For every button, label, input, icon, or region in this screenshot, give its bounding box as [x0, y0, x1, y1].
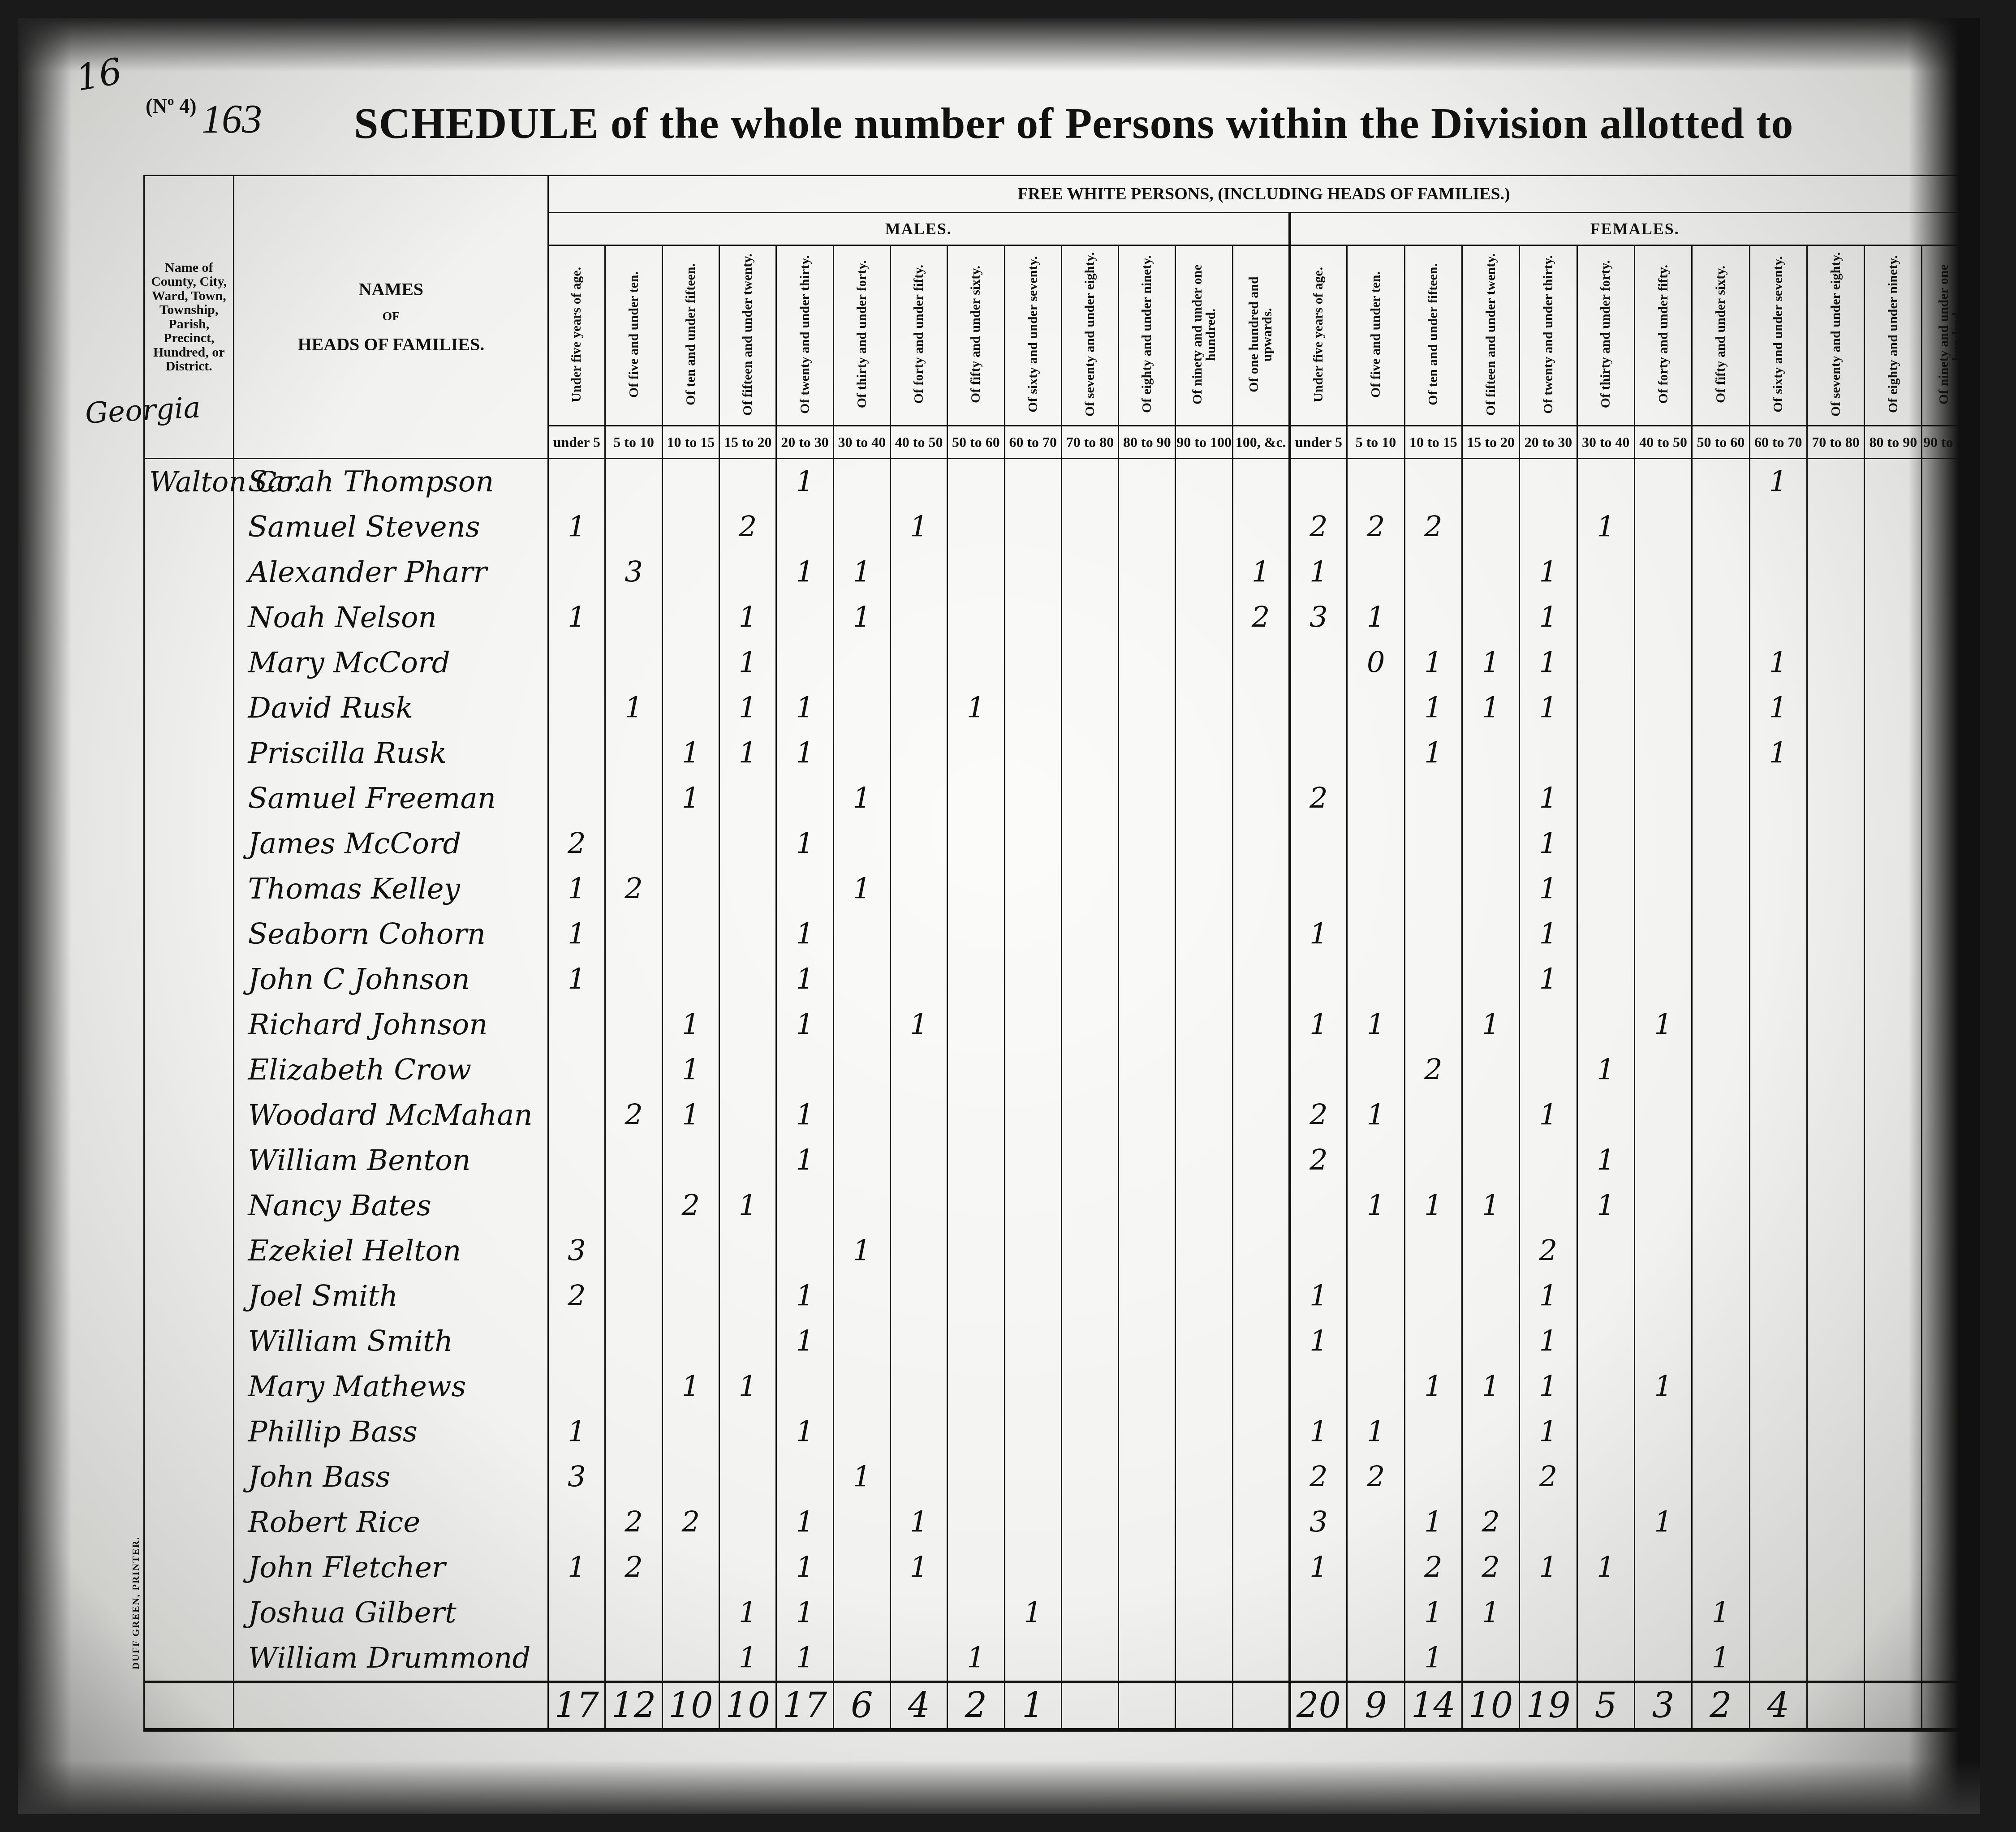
male-count-cell: [719, 1319, 776, 1364]
female-count-cell: [1462, 459, 1519, 505]
female-count-cell: [1749, 1002, 1807, 1047]
female-count-cell: [1634, 1454, 1692, 1500]
male-count-cell: [1004, 776, 1061, 821]
female-total-cell: [1922, 1682, 1980, 1730]
female-count-cell: 1: [1520, 1092, 1577, 1138]
female-count-cell: [1922, 1273, 1980, 1319]
female-count-cell: [1404, 1138, 1462, 1183]
male-count-cell: 1: [776, 1138, 833, 1183]
male-count-cell: [1176, 821, 1232, 866]
female-total-cell: 4: [1749, 1682, 1807, 1730]
county-cell: [144, 866, 234, 912]
male-count-cell: [1119, 1047, 1176, 1092]
male-total-cell: 10: [662, 1682, 719, 1730]
female-count-cell: [1462, 1454, 1519, 1500]
household-row: Robert Rice22113121: [144, 1500, 1980, 1545]
female-count-cell: [1865, 1047, 1922, 1092]
county-cell: [144, 957, 234, 1002]
male-count-cell: [719, 912, 776, 957]
male-count-cell: [662, 1590, 719, 1635]
free-white-persons-band: FREE WHITE PERSONS, (INCLUDING HEADS OF …: [548, 176, 1980, 213]
male-count-cell: [605, 1454, 662, 1500]
female-count-cell: [1807, 1092, 1864, 1138]
female-count-cell: 2: [1404, 504, 1462, 550]
female-count-cell: [1922, 1454, 1980, 1500]
household-row: Alexander Pharr311111: [144, 550, 1980, 595]
male-count-cell: [890, 1590, 947, 1635]
age-description-text: Of sixty and under seventy.: [1026, 256, 1040, 413]
male-age-range: 5 to 10: [605, 426, 662, 459]
females-header: FEMALES.: [1290, 213, 1980, 245]
female-count-cell: 1: [1520, 550, 1577, 595]
female-total-cell: 14: [1404, 1682, 1462, 1730]
age-range-label: 30 to 40: [1582, 434, 1630, 450]
household-row: John Fletcher121112211: [144, 1545, 1980, 1590]
male-count-cell: [1232, 504, 1289, 550]
household-row: William Drummond11111: [144, 1635, 1980, 1682]
female-count-cell: 2: [1347, 504, 1404, 550]
female-count-cell: [1922, 1183, 1980, 1228]
female-count-cell: 1: [1520, 640, 1577, 685]
female-count-cell: 0: [1347, 640, 1404, 685]
male-count-cell: [776, 1364, 833, 1409]
male-count-cell: 1: [776, 912, 833, 957]
age-range-label: 10 to 15: [1409, 434, 1457, 450]
male-count-cell: [948, 1454, 1004, 1500]
female-count-cell: [1577, 1319, 1634, 1364]
female-count-cell: 2: [1290, 504, 1347, 550]
female-count-cell: [1749, 1364, 1807, 1409]
age-range-label: 40 to 50: [1639, 434, 1687, 450]
male-count-cell: 1: [890, 1500, 947, 1545]
female-age-range: 5 to 10: [1347, 426, 1404, 459]
male-count-cell: [1176, 1409, 1232, 1454]
female-count-cell: [1462, 776, 1519, 821]
male-count-cell: [1119, 776, 1176, 821]
female-count-cell: [1922, 1002, 1980, 1047]
male-count-cell: 2: [662, 1500, 719, 1545]
male-count-cell: [1061, 1635, 1118, 1682]
male-count-cell: [1004, 1273, 1061, 1319]
female-count-cell: [1922, 866, 1980, 912]
female-count-cell: [1807, 640, 1864, 685]
female-count-cell: [1634, 1273, 1692, 1319]
female-count-cell: [1807, 1409, 1864, 1454]
female-count-cell: [1462, 957, 1519, 1002]
female-count-cell: [1634, 1635, 1692, 1682]
female-count-cell: [1462, 1273, 1519, 1319]
female-count-cell: [1807, 731, 1864, 776]
female-total-cell: 19: [1520, 1682, 1577, 1730]
male-count-cell: [1061, 1273, 1118, 1319]
female-count-cell: [1922, 912, 1980, 957]
female-age-description: Of sixty and under seventy.: [1749, 245, 1807, 426]
male-count-cell: [948, 957, 1004, 1002]
head-of-family-name: Samuel Stevens: [234, 504, 548, 550]
male-count-cell: [833, 957, 890, 1002]
female-count-cell: [1462, 1635, 1519, 1682]
male-count-cell: [1004, 1047, 1061, 1092]
household-row: John Bass31222: [144, 1454, 1980, 1500]
head-of-family-name: James McCord: [234, 821, 548, 866]
female-count-cell: 2: [1290, 776, 1347, 821]
female-count-cell: [1577, 866, 1634, 912]
male-count-cell: [605, 1590, 662, 1635]
male-count-cell: [605, 1635, 662, 1682]
household-row: James McCord211: [144, 821, 1980, 866]
male-age-range: 60 to 70: [1004, 426, 1061, 459]
male-count-cell: 1: [605, 685, 662, 731]
female-count-cell: 1: [1462, 1183, 1519, 1228]
female-count-cell: [1922, 1138, 1980, 1183]
male-count-cell: [548, 685, 605, 731]
male-count-cell: [833, 459, 890, 505]
female-count-cell: [1692, 1047, 1749, 1092]
male-count-cell: [662, 459, 719, 505]
household-row: John C Johnson111: [144, 957, 1980, 1002]
male-count-cell: [605, 1409, 662, 1454]
female-count-cell: 1: [1290, 1409, 1347, 1454]
female-count-cell: [1807, 595, 1864, 640]
female-count-cell: [1404, 1409, 1462, 1454]
male-count-cell: [1004, 957, 1061, 1002]
male-count-cell: 2: [605, 866, 662, 912]
age-description-text: Of forty and under fifty.: [912, 265, 926, 404]
female-count-cell: [1865, 640, 1922, 685]
male-count-cell: [890, 821, 947, 866]
male-count-cell: 1: [719, 731, 776, 776]
age-range-label: 30 to 40: [838, 434, 886, 450]
county-cell: [144, 595, 234, 640]
household-row: Samuel Freeman1121: [144, 776, 1980, 821]
female-count-cell: [1922, 550, 1980, 595]
female-count-cell: [1462, 912, 1519, 957]
female-count-cell: [1922, 685, 1980, 731]
male-count-cell: [948, 1092, 1004, 1138]
male-count-cell: [719, 821, 776, 866]
female-age-range: 60 to 70: [1749, 426, 1807, 459]
male-count-cell: 1: [776, 731, 833, 776]
male-count-cell: [948, 1319, 1004, 1364]
male-count-cell: 1: [548, 504, 605, 550]
male-count-cell: [1232, 1319, 1289, 1364]
male-count-cell: [719, 1002, 776, 1047]
male-count-cell: [1061, 1183, 1118, 1228]
male-count-cell: [719, 1409, 776, 1454]
female-count-cell: [1749, 1047, 1807, 1092]
household-row: Thomas Kelley1211: [144, 866, 1980, 912]
male-count-cell: [1119, 595, 1176, 640]
female-count-cell: [1634, 957, 1692, 1002]
male-count-cell: [1176, 1002, 1232, 1047]
male-count-cell: 3: [605, 550, 662, 595]
female-age-description: Under five years of age.: [1290, 245, 1347, 426]
male-age-range: 90 to 100: [1176, 426, 1232, 459]
household-row: Ezekiel Helton312: [144, 1228, 1980, 1273]
female-count-cell: [1692, 1002, 1749, 1047]
female-age-description: Of five and under ten.: [1347, 245, 1404, 426]
male-count-cell: [833, 1183, 890, 1228]
female-count-cell: [1865, 731, 1922, 776]
female-count-cell: 1: [1520, 1319, 1577, 1364]
male-age-description: Of eighty and under ninety.: [1119, 245, 1176, 426]
male-count-cell: [1232, 776, 1289, 821]
male-count-cell: [948, 731, 1004, 776]
household-row: William Smith111: [144, 1319, 1980, 1364]
female-count-cell: 2: [1290, 1092, 1347, 1138]
female-count-cell: [1634, 1590, 1692, 1635]
male-count-cell: [890, 1092, 947, 1138]
female-count-cell: 1: [1404, 1635, 1462, 1682]
female-count-cell: [1577, 957, 1634, 1002]
female-count-cell: [1347, 459, 1404, 505]
male-count-cell: 1: [548, 912, 605, 957]
male-count-cell: [1176, 1047, 1232, 1092]
male-count-cell: [1176, 1319, 1232, 1364]
male-total-cell: 12: [605, 1682, 662, 1730]
male-count-cell: [776, 776, 833, 821]
male-count-cell: [1004, 1092, 1061, 1138]
female-count-cell: [1865, 821, 1922, 866]
male-count-cell: [548, 1319, 605, 1364]
male-count-cell: [605, 1228, 662, 1273]
female-total-cell: 9: [1347, 1682, 1404, 1730]
female-count-cell: [1865, 1545, 1922, 1590]
male-count-cell: [662, 1545, 719, 1590]
male-total-cell: [1061, 1682, 1118, 1730]
female-age-description: Of fifty and under sixty.: [1692, 245, 1749, 426]
female-count-cell: [1634, 1319, 1692, 1364]
female-count-cell: [1865, 595, 1922, 640]
female-count-cell: 1: [1404, 685, 1462, 731]
female-count-cell: [1692, 504, 1749, 550]
female-count-cell: 1: [1749, 640, 1807, 685]
female-count-cell: [1290, 957, 1347, 1002]
male-count-cell: [1061, 1454, 1118, 1500]
female-count-cell: [1865, 459, 1922, 505]
female-count-cell: [1692, 866, 1749, 912]
female-count-cell: [1634, 1183, 1692, 1228]
male-count-cell: [1176, 1273, 1232, 1319]
male-count-cell: [890, 459, 947, 505]
female-count-cell: [1577, 685, 1634, 731]
female-count-cell: 1: [1347, 595, 1404, 640]
county-cell: [144, 1454, 234, 1500]
female-count-cell: [1922, 1228, 1980, 1273]
female-count-cell: [1865, 1409, 1922, 1454]
male-count-cell: [1061, 957, 1118, 1002]
male-count-cell: [890, 912, 947, 957]
female-count-cell: [1807, 1183, 1864, 1228]
head-of-family-name: Joel Smith: [234, 1273, 548, 1319]
female-total-cell: 10: [1462, 1682, 1519, 1730]
male-count-cell: [548, 1092, 605, 1138]
female-count-cell: 3: [1290, 1500, 1347, 1545]
male-count-cell: [948, 912, 1004, 957]
female-count-cell: 1: [1577, 504, 1634, 550]
male-count-cell: [1061, 1590, 1118, 1635]
male-count-cell: [1176, 1092, 1232, 1138]
male-count-cell: 2: [548, 821, 605, 866]
male-total-cell: 2: [948, 1682, 1004, 1730]
male-count-cell: 1: [833, 550, 890, 595]
male-count-cell: [1232, 1228, 1289, 1273]
male-count-cell: 2: [1232, 595, 1289, 640]
county-cell: [144, 1183, 234, 1228]
female-count-cell: [1807, 866, 1864, 912]
female-count-cell: [1347, 821, 1404, 866]
household-row: Samuel Stevens1212221: [144, 504, 1980, 550]
male-count-cell: [548, 640, 605, 685]
female-count-cell: [1290, 1364, 1347, 1409]
female-count-cell: 1: [1520, 1273, 1577, 1319]
male-count-cell: [776, 1047, 833, 1092]
female-count-cell: [1577, 1409, 1634, 1454]
male-count-cell: [833, 1364, 890, 1409]
female-count-cell: [1404, 1092, 1462, 1138]
head-of-family-name: Robert Rice: [234, 1500, 548, 1545]
female-count-cell: [1807, 1273, 1864, 1319]
female-count-cell: [1347, 1590, 1404, 1635]
female-count-cell: [1922, 504, 1980, 550]
male-count-cell: [948, 1545, 1004, 1590]
household-row: Noah Nelson1112311: [144, 595, 1980, 640]
female-count-cell: [1865, 1454, 1922, 1500]
male-count-cell: [948, 595, 1004, 640]
female-count-cell: 1: [1290, 1273, 1347, 1319]
male-count-cell: [948, 640, 1004, 685]
age-description-text: Of ninety and under one hundred.: [1191, 249, 1218, 420]
male-count-cell: [1061, 1047, 1118, 1092]
female-count-cell: [1577, 550, 1634, 595]
female-count-cell: [1347, 731, 1404, 776]
male-count-cell: [776, 1454, 833, 1500]
male-count-cell: [1061, 821, 1118, 866]
female-count-cell: [1347, 1545, 1404, 1590]
male-count-cell: [719, 1545, 776, 1590]
age-range-label: 5 to 10: [613, 434, 654, 450]
male-count-cell: [1119, 1590, 1176, 1635]
male-count-cell: [548, 459, 605, 505]
male-count-cell: [1061, 550, 1118, 595]
male-count-cell: [1176, 550, 1232, 595]
male-count-cell: [1176, 1500, 1232, 1545]
male-age-range: 80 to 90: [1119, 426, 1176, 459]
female-count-cell: 1: [1404, 731, 1462, 776]
county-cell: [144, 1364, 234, 1409]
age-description-text: Of one hundred and upwards.: [1247, 249, 1274, 420]
male-count-cell: 1: [890, 1545, 947, 1590]
female-count-cell: 1: [1347, 1409, 1404, 1454]
county-cell: [144, 1409, 234, 1454]
male-count-cell: [719, 1092, 776, 1138]
male-count-cell: [1004, 685, 1061, 731]
age-range-label: 15 to 20: [1467, 434, 1515, 450]
male-count-cell: [605, 595, 662, 640]
male-count-cell: [776, 1183, 833, 1228]
male-count-cell: [719, 1454, 776, 1500]
male-count-cell: [1119, 1138, 1176, 1183]
male-count-cell: [662, 685, 719, 731]
age-description-text: Of twenty and under thirty.: [1542, 255, 1555, 414]
male-count-cell: 1: [833, 776, 890, 821]
male-count-cell: [833, 1409, 890, 1454]
male-age-description: Of fifty and under sixty.: [948, 245, 1004, 426]
female-count-cell: 2: [1462, 1500, 1519, 1545]
male-count-cell: [1232, 1183, 1289, 1228]
male-count-cell: [890, 685, 947, 731]
male-total-cell: 17: [776, 1682, 833, 1730]
male-count-cell: [1232, 685, 1289, 731]
male-count-cell: [948, 1002, 1004, 1047]
age-description-text: Of twenty and under thirty.: [798, 255, 812, 414]
female-count-cell: [1404, 957, 1462, 1002]
male-count-cell: [1004, 1183, 1061, 1228]
age-range-label: 60 to 70: [1009, 434, 1057, 450]
female-count-cell: [1922, 1545, 1980, 1590]
male-count-cell: [1119, 1454, 1176, 1500]
female-count-cell: 2: [1520, 1454, 1577, 1500]
female-count-cell: 1: [1577, 1183, 1634, 1228]
female-count-cell: [1692, 1364, 1749, 1409]
female-count-cell: [1922, 1364, 1980, 1409]
female-count-cell: [1865, 776, 1922, 821]
female-count-cell: [1692, 776, 1749, 821]
names-label-line3: HEADS OF FAMILIES.: [234, 328, 547, 361]
male-count-cell: [833, 1273, 890, 1319]
male-count-cell: [1232, 1409, 1289, 1454]
male-count-cell: [1176, 459, 1232, 505]
female-count-cell: [1634, 731, 1692, 776]
male-count-cell: [890, 1273, 947, 1319]
male-count-cell: [719, 1138, 776, 1183]
female-age-range: 90 to 100: [1922, 426, 1980, 459]
head-of-family-name: William Drummond: [234, 1635, 548, 1682]
household-row: William Benton121: [144, 1138, 1980, 1183]
male-count-cell: 1: [776, 1319, 833, 1364]
female-count-cell: [1865, 1228, 1922, 1273]
female-age-range: 20 to 30: [1520, 426, 1577, 459]
female-count-cell: [1520, 1002, 1577, 1047]
printer-mark: DUFF GREEN, PRINTER.: [130, 1536, 142, 1669]
household-row: Mary Mathews111111: [144, 1364, 1980, 1409]
household-row: Phillip Bass11111: [144, 1409, 1980, 1454]
age-description-text: Of fifty and under sixty.: [1714, 266, 1727, 403]
county-cell: [144, 1635, 234, 1682]
male-count-cell: 1: [548, 957, 605, 1002]
male-count-cell: [833, 1047, 890, 1092]
female-count-cell: [1577, 731, 1634, 776]
female-age-description: Of forty and under fifty.: [1634, 245, 1692, 426]
male-count-cell: [548, 550, 605, 595]
female-count-cell: [1577, 1500, 1634, 1545]
female-count-cell: [1807, 1138, 1864, 1183]
male-count-cell: [719, 459, 776, 505]
household-row: Seaborn Cohorn1111: [144, 912, 1980, 957]
age-description-text: Of five and under ten.: [1369, 271, 1383, 398]
female-total-cell: 2: [1692, 1682, 1749, 1730]
male-count-cell: [1061, 1138, 1118, 1183]
male-count-cell: [1232, 912, 1289, 957]
male-age-range: 20 to 30: [776, 426, 833, 459]
female-count-cell: [1922, 1409, 1980, 1454]
male-count-cell: [1004, 550, 1061, 595]
female-count-cell: [1922, 1047, 1980, 1092]
female-count-cell: [1520, 1183, 1577, 1228]
female-count-cell: [1404, 866, 1462, 912]
female-count-cell: [1692, 957, 1749, 1002]
female-count-cell: [1692, 1273, 1749, 1319]
